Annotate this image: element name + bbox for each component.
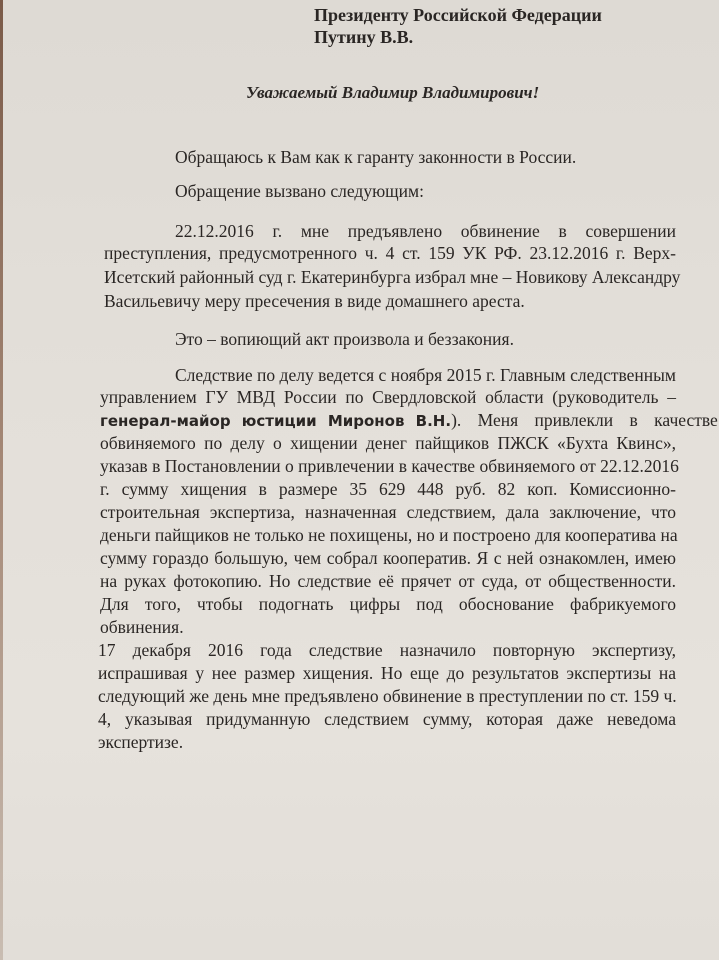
paragraph-repeat-expertise-line-5: экспертизе. — [98, 731, 183, 753]
paragraph-charge-line-2: преступления, предусмотренного ч. 4 ст. … — [104, 242, 676, 264]
addressee-line-1: Президенту Российской Федерации — [314, 4, 602, 26]
page-edge-shadow — [0, 0, 3, 960]
paragraph-investigation-line-11: Для того, чтобы подогнать цифры под обос… — [100, 593, 676, 615]
salutation: Уважаемый Владимир Владимирович! — [246, 82, 539, 104]
paragraph-investigation-line-1: Следствие по делу ведется с ноября 2015 … — [175, 364, 676, 386]
paragraph-reason: Обращение вызвано следующим: — [175, 180, 424, 202]
paragraph-investigation-line-3: генерал-майор юстиции Миронов В.Н.). Мен… — [100, 409, 676, 432]
paragraph-investigation-line-10: на руках фотокопию. Но следствие её пряч… — [100, 570, 676, 592]
paragraph-charge-line-4: Васильевичу меру пресечения в виде домаш… — [104, 290, 525, 312]
paragraph-repeat-expertise-line-3: следующий же день мне предъявлено обвине… — [98, 685, 676, 707]
paragraph-investigation-line-8: деньги пайщиков не только не похищены, н… — [100, 524, 676, 546]
paragraph-investigation-line-5: указав в Постановлении о привлечении в к… — [100, 455, 676, 477]
highlighted-official-name: генерал-майор юстиции Миронов В.Н. — [100, 412, 451, 430]
paragraph-investigation-line-12: обвинения. — [100, 616, 184, 638]
paragraph-charge-line-1: 22.12.2016 г. мне предъявлено обвинение … — [175, 220, 676, 242]
paragraph-investigation-line-7: строительная экспертиза, назначенная сле… — [100, 501, 676, 523]
paragraph-investigation-line-6: г. сумму хищения в размере 35 629 448 ру… — [100, 478, 676, 500]
paragraph-repeat-expertise-line-2: испрашивая у нее размер хищения. Но еще … — [98, 662, 676, 684]
letter-page: Президенту Российской Федерации Путину В… — [0, 0, 719, 960]
paragraph-charge-line-3: Исетский районный суд г. Екатеринбурга и… — [104, 266, 676, 288]
paragraph-intro: Обращаюсь к Вам как к гаранту законности… — [175, 146, 576, 168]
paragraph-arbitrary-act: Это – вопиющий акт произвола и беззакони… — [175, 328, 514, 350]
paragraph-repeat-expertise-line-4: 4, указывая придуманную следствием сумму… — [98, 708, 676, 730]
paragraph-investigation-line-2: управлением ГУ МВД России по Свердловско… — [100, 386, 676, 408]
paragraph-investigation-line-9: сумму гораздо большую, чем собрал коопер… — [100, 547, 676, 569]
paragraph-repeat-expertise-line-1: 17 декабря 2016 года следствие назначило… — [98, 639, 676, 661]
addressee-line-2: Путину В.В. — [314, 26, 413, 48]
paragraph-investigation-line-4: обвиняемого по делу о хищении денег пайщ… — [100, 432, 676, 454]
